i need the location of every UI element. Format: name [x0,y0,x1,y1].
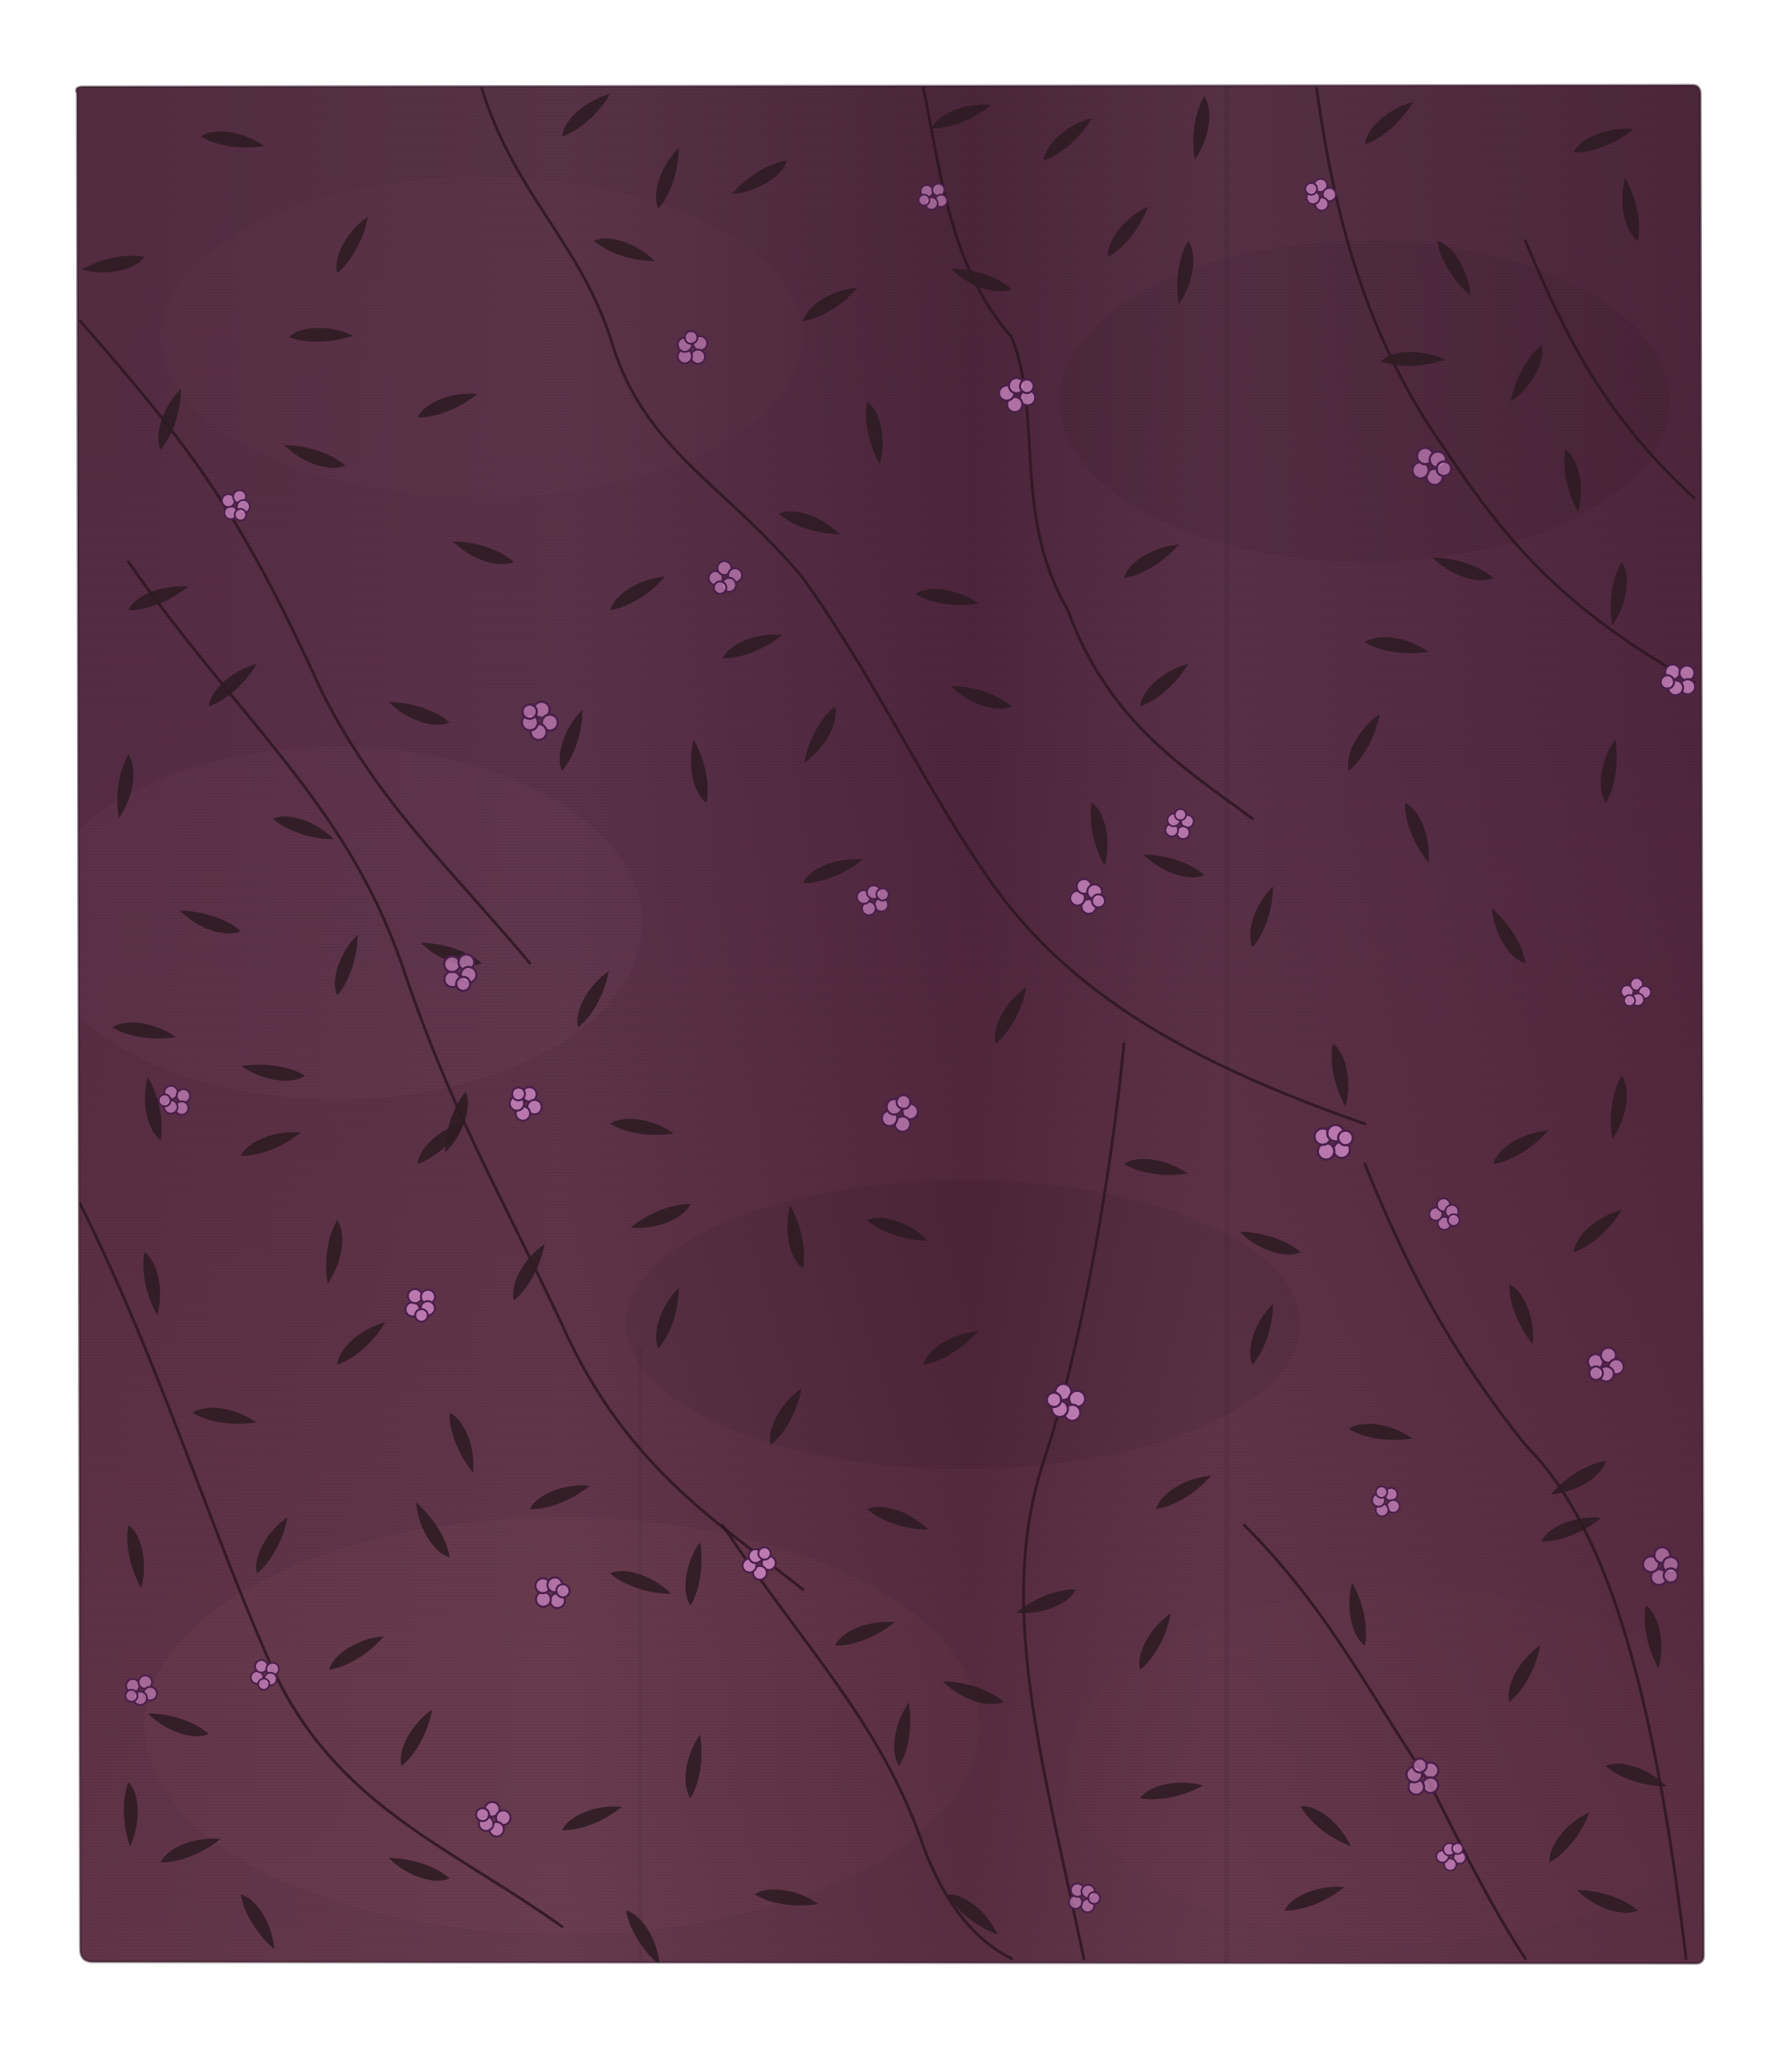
flower-icon [1314,1125,1354,1160]
rug [32,80,1742,1975]
flower-icon [1371,1485,1400,1517]
flower-icon [221,490,250,523]
rug-scene [0,0,1792,2055]
flower-icon [918,184,947,210]
